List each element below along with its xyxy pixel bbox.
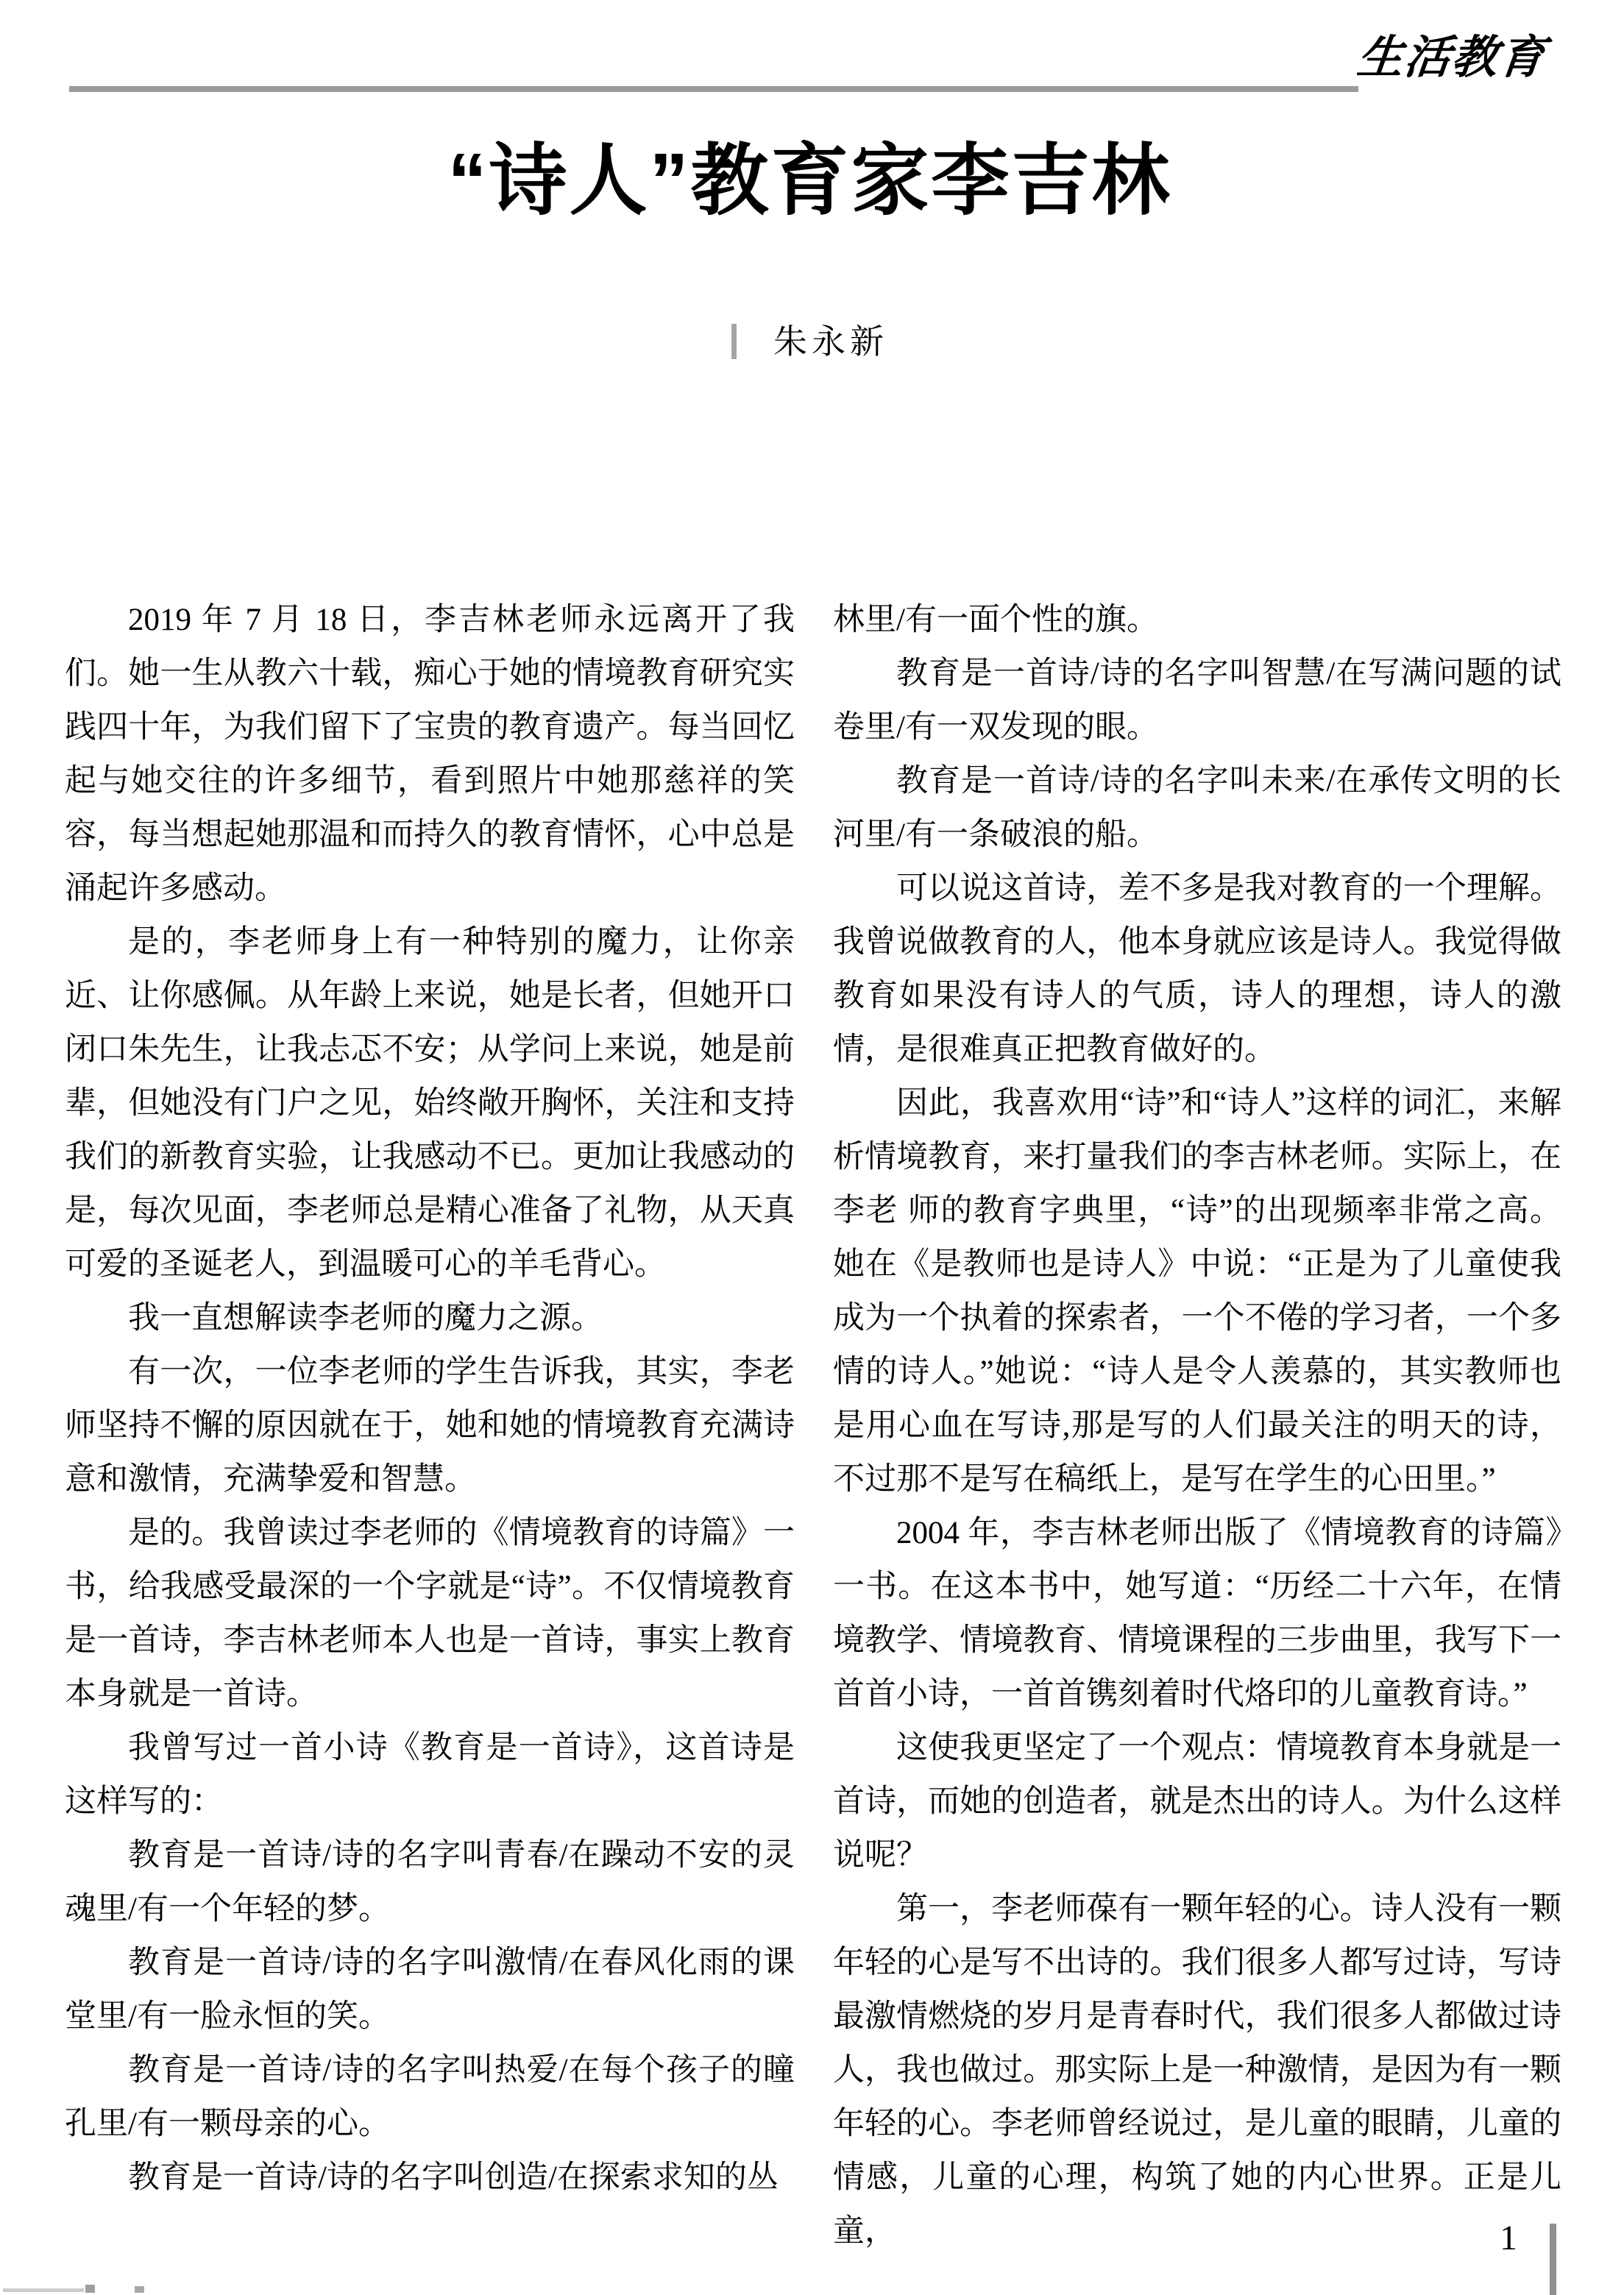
poem-line-continuation: 林里/有一面个性的旗。: [833, 593, 1561, 647]
paragraph: 2004 年，李吉林老师出版了《情境教育的诗篇》一书。在这本书中，她写道：“历经…: [833, 1506, 1561, 1721]
poem-line: 教育是一首诗/诗的名字叫激情/在春风化雨的课堂里/有一脸永恒的笑。: [65, 1936, 795, 2043]
paragraph: 有一次，一位李老师的学生告诉我，其实，李老师坚持不懈的原因就在于，她和她的情境教…: [65, 1345, 795, 1506]
paragraph: 我一直想解读李老师的魔力之源。: [65, 1291, 795, 1345]
byline-bar: [731, 324, 737, 359]
poem-line: 教育是一首诗/诗的名字叫创造/在探索求知的丛: [65, 2151, 795, 2204]
left-column: 2019 年 7 月 18 日，李吉林老师永远离开了我们。她一生从教六十载，痴心…: [65, 593, 795, 2204]
poem-line: 教育是一首诗/诗的名字叫青春/在躁动不安的灵魂里/有一个年轻的梦。: [65, 1828, 795, 1936]
header-rule: [69, 86, 1358, 92]
poem-line: 教育是一首诗/诗的名字叫热爱/在每个孩子的瞳孔里/有一颗母亲的心。: [65, 2043, 795, 2151]
paragraph: 我曾写过一首小诗《教育是一首诗》，这首诗是这样写的：: [65, 1721, 795, 1828]
poem-line: 教育是一首诗/诗的名字叫未来/在承传文明的长河里/有一条破浪的船。: [833, 754, 1561, 862]
page-number: 1: [1479, 2216, 1538, 2260]
paragraph: 是的。我曾读过李老师的《情境教育的诗篇》一书，给我感受最深的一个字就是“诗”。不…: [65, 1506, 795, 1721]
paragraph: 是的，李老师身上有一种特别的魔力，让你亲近、让你感佩。从年龄上来说，她是长者，但…: [65, 915, 795, 1291]
byline: 朱永新: [69, 322, 1550, 361]
paragraph: 这使我更坚定了一个观点：情境教育本身就是一首诗，而她的创造者，就是杰出的诗人。为…: [833, 1721, 1561, 1882]
page-number-bar: [1550, 2224, 1556, 2295]
paragraph: 可以说这首诗，差不多是我对教育的一个理解。我曾说做教育的人，他本身就应该是诗人。…: [833, 862, 1561, 1076]
poem-line: 教育是一首诗/诗的名字叫智慧/在写满问题的试卷里/有一双发现的眼。: [833, 647, 1561, 754]
paragraph: 2019 年 7 月 18 日，李吉林老师永远离开了我们。她一生从教六十载，痴心…: [65, 593, 795, 915]
paragraph: 因此，我喜欢用“诗”和“诗人”这样的词汇，来解析情境教育，来打量我们的李吉林老师…: [833, 1076, 1561, 1506]
magazine-page: 生活教育 “诗人”教育家李吉林 朱永新 2019 年 7 月 18 日，李吉林老…: [0, 0, 1624, 2295]
right-column: 林里/有一面个性的旗。 教育是一首诗/诗的名字叫智慧/在写满问题的试卷里/有一双…: [833, 593, 1561, 2258]
scan-artifact: [135, 2286, 144, 2293]
scan-artifact: [85, 2285, 95, 2293]
paragraph: 第一，李老师葆有一颗年轻的心。诗人没有一颗年轻的心是写不出诗的。我们很多人都写过…: [833, 1882, 1561, 2258]
journal-logo: 生活教育: [1355, 28, 1537, 87]
author-name: 朱永新: [773, 322, 888, 361]
article-title: “诗人”教育家李吉林: [69, 137, 1550, 225]
scan-artifact: [3, 2288, 84, 2292]
